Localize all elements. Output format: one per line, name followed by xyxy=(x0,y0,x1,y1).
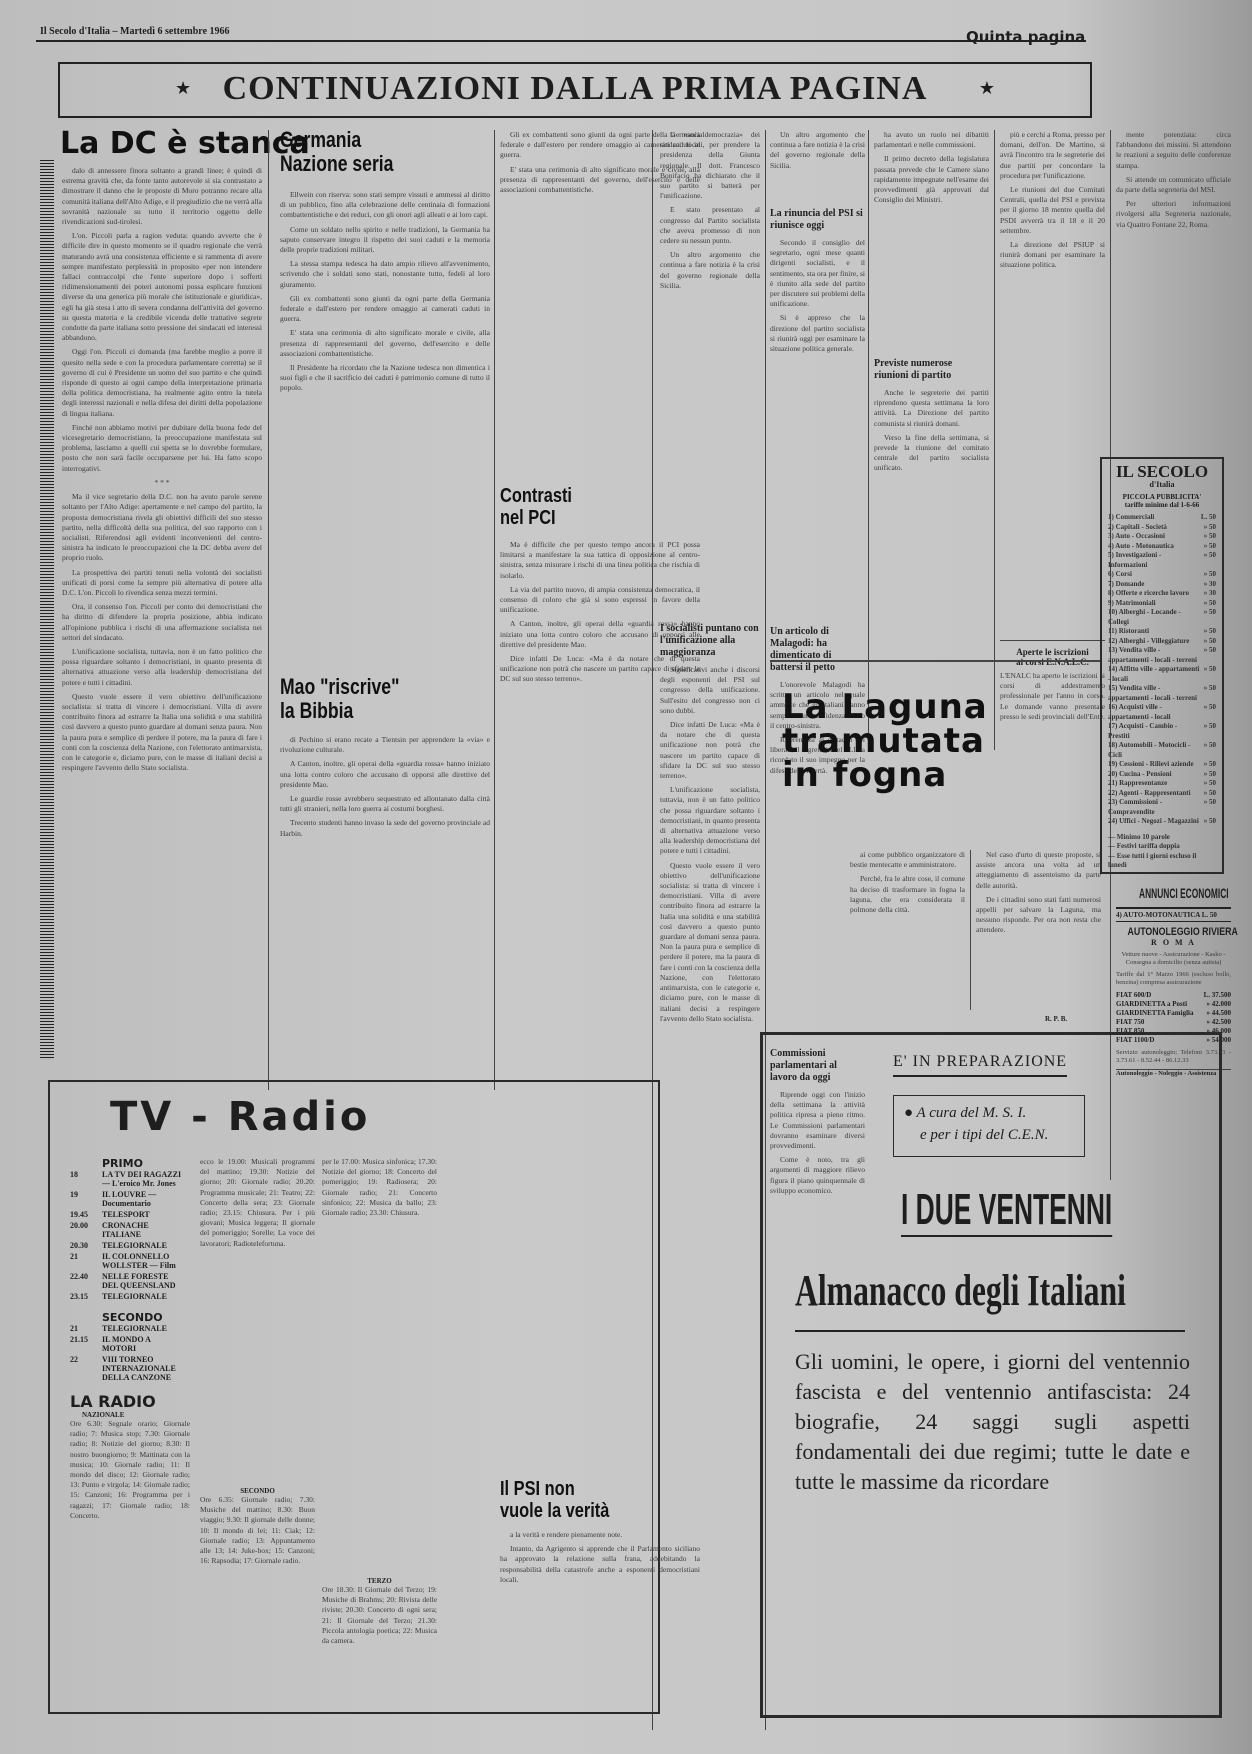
paragraph: Finché non abbiamo motivi per dubitare d… xyxy=(62,423,262,474)
rate-row: 7) Domande» 30 xyxy=(1108,580,1216,590)
tv-radio-title: TV - Radio xyxy=(110,1094,370,1140)
page-label: Quinta pagina xyxy=(966,28,1085,46)
column-rule xyxy=(868,130,869,750)
article-col6: ha avuto un ruolo nei dibattiti parlamen… xyxy=(874,130,989,678)
headline-germania: Germania Nazione seria xyxy=(280,128,393,176)
rate-row: 13) Vendita ville - appartamenti - local… xyxy=(1108,646,1216,665)
header-rule xyxy=(36,40,1086,42)
rates-footer: — Minimo 10 parole— Festivi tariffa dopp… xyxy=(1108,833,1216,871)
car-row: FIAT 600/DL. 37.500 xyxy=(1116,991,1231,1000)
promo-body: Gli uomini, le opere, i giorni del vente… xyxy=(795,1347,1190,1497)
rate-row: 3) Auto - Occasioni» 50 xyxy=(1108,532,1216,542)
rates-list: 1) CommercialiL. 502) Capitali - Società… xyxy=(1108,513,1216,827)
paragraph: L'on. Piccoli parla a ragion veduta: qua… xyxy=(62,231,262,343)
headline-mao: Mao "riscrive" la Bibbia xyxy=(280,675,399,723)
rate-row: 22) Agenti - Rappresentanti» 50 xyxy=(1108,789,1216,799)
secondo-programme: 21TELEGIORNALE21.15IL MONDO A MOTORI22VI… xyxy=(70,1324,190,1384)
article-laguna-1: ai come pubblico organizzatore di bestie… xyxy=(850,850,965,1005)
programme-row: 21TELEGIORNALE xyxy=(70,1324,190,1335)
subhead-riunioni: Previste numerose riunioni di partito xyxy=(874,358,989,382)
article-germania: Ellwein con riserva: sono stati sempre v… xyxy=(280,190,490,660)
headline-laguna: La Laguna tramutata in fogna xyxy=(782,690,988,792)
promo-subtitle: Almanacco degli Italiani xyxy=(795,1265,1126,1316)
rate-row: 11) Ristoranti» 50 xyxy=(1108,627,1216,637)
paragraph: La prospettiva dei partiti tenuti nella … xyxy=(62,568,262,599)
programme-row: 21IL COLONNELLO WOLLSTER — Film xyxy=(70,1252,190,1272)
promo-kicker: E' IN PREPARAZIONE xyxy=(893,1053,1067,1077)
column-rule xyxy=(994,130,995,750)
article-socialisti: I socialisti puntano con l'unificazione … xyxy=(660,615,760,1745)
rate-row: 12) Alberghi - Villeggiature» 50 xyxy=(1108,637,1216,647)
rate-row: 16) Acquisti ville - appartamenti - loca… xyxy=(1108,703,1216,722)
programme-row: 21.15IL MONDO A MOTORI xyxy=(70,1335,190,1355)
binding-edge xyxy=(40,160,54,1060)
running-head: Il Secolo d'Italia – Martedì 6 settembre… xyxy=(40,26,230,37)
promo-rule xyxy=(795,1330,1185,1332)
subhead-socialisti: I socialisti puntano con l'unificazione … xyxy=(660,623,760,659)
column-rule xyxy=(494,130,495,1090)
il-secolo-rates-box: IL SECOLO d'Italia PICCOLA PUBBLICITA' t… xyxy=(1100,457,1224,874)
promo-title: I DUE VENTENNI xyxy=(901,1185,1112,1237)
rate-row: 17) Acquisti - Cambio - Prestiti» 50 xyxy=(1108,722,1216,741)
promo-credit-box: ● A cura del M. S. I. e per i tipi del C… xyxy=(893,1095,1085,1157)
primo-programme: 18LA TV DEI RAGAZZI — L'eroico Mr. Jones… xyxy=(70,1170,190,1303)
programme-row: 22VIII TORNEO INTERNAZIONALE DELLA CANZO… xyxy=(70,1355,190,1384)
rate-note: — Minimo 10 parole xyxy=(1108,833,1216,843)
paragraph: dalo di annessere finora soltanto a gran… xyxy=(62,166,262,227)
laguna-section xyxy=(770,660,1100,662)
article-dc: dalo di annessere finora soltanto a gran… xyxy=(62,166,262,1106)
rate-row: 9) Matrimoniali» 50 xyxy=(1108,599,1216,609)
rate-row: 20) Cucina - Pensioni» 50 xyxy=(1108,770,1216,780)
rate-row: 21) Rappresentanze» 50 xyxy=(1108,779,1216,789)
subhead-rinuncia: La rinuncia del PSI si riunisce oggi xyxy=(770,208,865,232)
tv-schedule: PRIMO 18LA TV DEI RAGAZZI — L'eroico Mr.… xyxy=(70,1157,190,1539)
rate-row: 24) Uffici - Negozi - Magazzini» 50 xyxy=(1108,817,1216,827)
column-rule xyxy=(268,130,269,1090)
rate-row: 10) Alberghi - Locande - Collegi» 50 xyxy=(1108,608,1216,627)
car-row: GIARDINETTA a Posti» 42.000 xyxy=(1116,1000,1231,1009)
paragraph: L'unificazione socialista, tuttavia, non… xyxy=(62,647,262,688)
rate-row: 18) Automobili - Motocicli - Cicli» 50 xyxy=(1108,741,1216,760)
article-col8: mente potenziata: circa l'abbandono dei … xyxy=(1116,130,1231,420)
rate-row: 23) Commissioni - Compravendite» 50 xyxy=(1108,798,1216,817)
article-col4: la «socialdemocrazia» dei sindaci locali… xyxy=(660,130,760,610)
article-col7: più e cerchi a Roma, presso per domani, … xyxy=(1000,130,1105,630)
headline-contrasti: Contrasti nel PCI xyxy=(500,485,572,529)
article-laguna-2: Nel caso d'urto di queste proposte, si a… xyxy=(976,850,1101,990)
star-icon: ★ xyxy=(979,78,995,99)
radio-column-3: per le 17.00: Musica sinfonica; 17.30: N… xyxy=(322,1157,437,1665)
programme-row: 20.30TELEGIORNALE xyxy=(70,1241,190,1252)
bullet-icon: ● xyxy=(904,1105,917,1121)
subhead-malagodi: Un articolo di Malagodi: ha dimenticato … xyxy=(770,626,865,674)
tv-radio-box: TV - Radio PRIMO 18LA TV DEI RAGAZZI — L… xyxy=(48,1080,660,1714)
headline-dc: La DC è stanca xyxy=(60,128,310,160)
section-banner: ★ CONTINUAZIONI DALLA PRIMA PAGINA ★ xyxy=(58,62,1092,118)
radio-column-2: ecco le 19.00: Musicali programmi del ma… xyxy=(200,1157,315,1625)
programme-row: 19.45TELESPORT xyxy=(70,1210,190,1221)
column-rule xyxy=(970,850,971,1010)
programme-row: 22.40NELLE FORESTE DEL QUEENSLAND xyxy=(70,1272,190,1292)
laguna-signature: R. P. B. xyxy=(1045,1015,1067,1023)
article-mao: di Pechino si erano recate a Tientsin pe… xyxy=(280,735,490,1090)
rate-row: 15) Vendita ville - appartamenti - local… xyxy=(1108,684,1216,703)
article-enalc: Aperte le iscrizioni ai corsi E.N.A.L.C.… xyxy=(1000,640,1105,721)
rate-row: 5) Investigazioni - Informazioni» 50 xyxy=(1108,551,1216,570)
rate-row: 6) Corsi» 50 xyxy=(1108,570,1216,580)
programme-row: 23.15TELEGIORNALE xyxy=(70,1292,190,1303)
rate-row: 2) Capitali - Società» 50 xyxy=(1108,523,1216,533)
newspaper-page: Il Secolo d'Italia – Martedì 6 settembre… xyxy=(0,0,1252,1754)
rate-note: — Festivi tariffa doppia xyxy=(1108,842,1216,852)
rate-row: 8) Offerte e ricerche lavoro» 30 xyxy=(1108,589,1216,599)
paragraph: Questo vuole essere il vero obiettivo de… xyxy=(62,692,262,774)
paragraph: Ora, il consenso l'on. Piccoli per conto… xyxy=(62,602,262,643)
banner-title: CONTINUAZIONI DALLA PRIMA PAGINA xyxy=(60,70,1090,108)
programme-row: 19IL LOUVRE — Documentario xyxy=(70,1190,190,1210)
rate-row: 14) Affitto ville - appartamenti - local… xyxy=(1108,665,1216,684)
car-row: FIAT 750» 42.500 xyxy=(1116,1018,1231,1027)
programme-row: 20.00CRONACHE ITALIANE xyxy=(70,1221,190,1241)
rate-row: 19) Cessioni - Rilievi aziende» 50 xyxy=(1108,760,1216,770)
rate-row: 1) CommercialiL. 50 xyxy=(1108,513,1216,523)
promo-ad: E' IN PREPARAZIONE ● A cura del M. S. I.… xyxy=(760,1032,1222,1718)
paragraph: Oggi l'on. Piccoli ci domanda (ma farebb… xyxy=(62,347,262,418)
car-row: GIARDINETTA Famiglia» 44.500 xyxy=(1116,1009,1231,1018)
rate-note: — Esse tutti i giorni escluso il lunedì xyxy=(1108,852,1216,871)
paragraph: Ma il vice segretario della D.C. non ha … xyxy=(62,492,262,563)
rate-row: 4) Auto - Motonautica» 50 xyxy=(1108,542,1216,552)
programme-row: 18LA TV DEI RAGAZZI — L'eroico Mr. Jones xyxy=(70,1170,190,1190)
